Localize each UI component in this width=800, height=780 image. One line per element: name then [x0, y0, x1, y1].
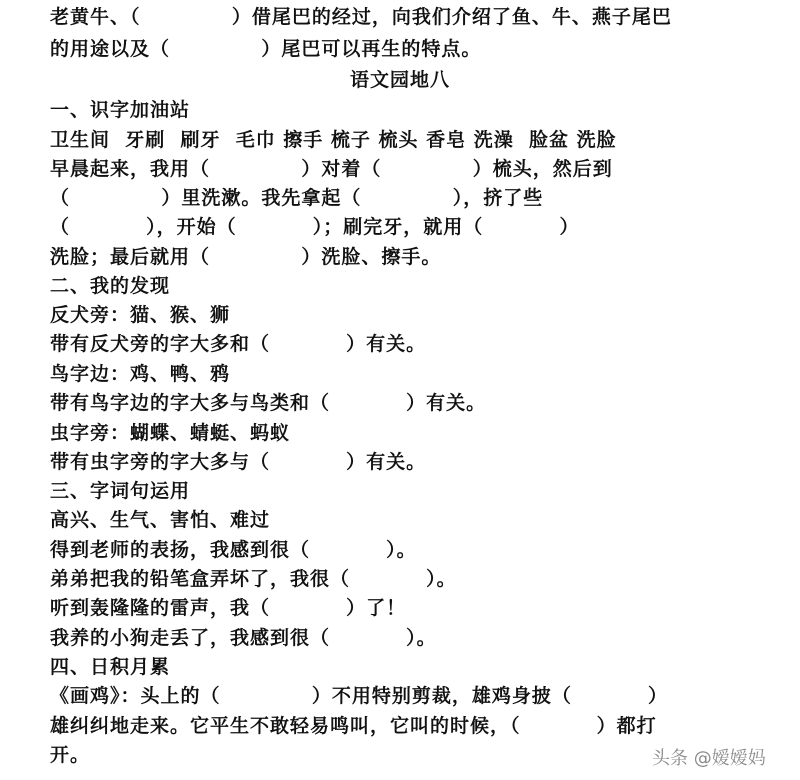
- text-line: （ ）里洗漱。我先拿起（ ），挤了些: [50, 185, 543, 211]
- text-line: 开。: [50, 742, 90, 768]
- section-title: 四、日积月累: [50, 654, 170, 680]
- section-heading: 语文园地八: [0, 67, 800, 93]
- text-line: 得到老师的表扬，我感到很（ ）。: [50, 537, 417, 563]
- text-line: 的用途以及（ ）尾巴可以再生的特点。: [50, 36, 481, 62]
- text-line: （ ），开始（ ）；刷完牙，就用（ ）: [50, 214, 579, 240]
- text-line: 鸟字边：鸡、鸭、鸦: [50, 361, 230, 387]
- section-title: 一、识字加油站: [50, 97, 190, 123]
- text-line: 早晨起来，我用（ ）对着（ ）梳头，然后到: [50, 156, 613, 182]
- watermark: 头条 @嫒嫒妈: [652, 744, 766, 770]
- text-line: 老黄牛、（ ）借尾巴的经过，向我们介绍了鱼、牛、燕子尾巴: [50, 4, 672, 30]
- text-line: 洗脸；最后就用（ ）洗脸、擦手。: [50, 244, 441, 270]
- text-line: 虫字旁：蝴蝶、蜻蜓、蚂蚁: [50, 420, 290, 446]
- text-line: 弟弟把我的铅笔盒弄坏了，我很（ ）。: [50, 566, 457, 592]
- word-list: 卫生间 牙刷 刷牙 毛巾 擦手 梳子 梳头 香皂 洗澡 脸盆 洗脸: [50, 127, 617, 153]
- text-line: 听到轰隆隆的雷声，我（ ）了！: [50, 595, 406, 621]
- text-line: 带有虫字旁的字大多与（ ）有关。: [50, 449, 426, 475]
- worksheet-page: 老黄牛、（ ）借尾巴的经过，向我们介绍了鱼、牛、燕子尾巴 的用途以及（ ）尾巴可…: [0, 0, 800, 780]
- text-line: 我养的小狗走丢了，我感到很（ ）。: [50, 625, 437, 651]
- section-title: 三、字词句运用: [50, 478, 190, 504]
- text-line: 带有反犬旁的字大多和（ ）有关。: [50, 331, 426, 357]
- word-list: 高兴、生气、害怕、难过: [50, 507, 270, 533]
- text-line: 反犬旁：猫、猴、狮: [50, 302, 230, 328]
- text-line: 雄纠纠地走来。它平生不敢轻易鸣叫，它叫的时候，（ ）都打: [50, 713, 657, 739]
- text-line: 《画鸡》：头上的（ ）不用特别剪裁，雄鸡身披（ ）: [50, 683, 668, 709]
- text-line: 带有鸟字边的字大多与鸟类和（ ）有关。: [50, 390, 486, 416]
- section-title: 二、我的发现: [50, 273, 170, 299]
